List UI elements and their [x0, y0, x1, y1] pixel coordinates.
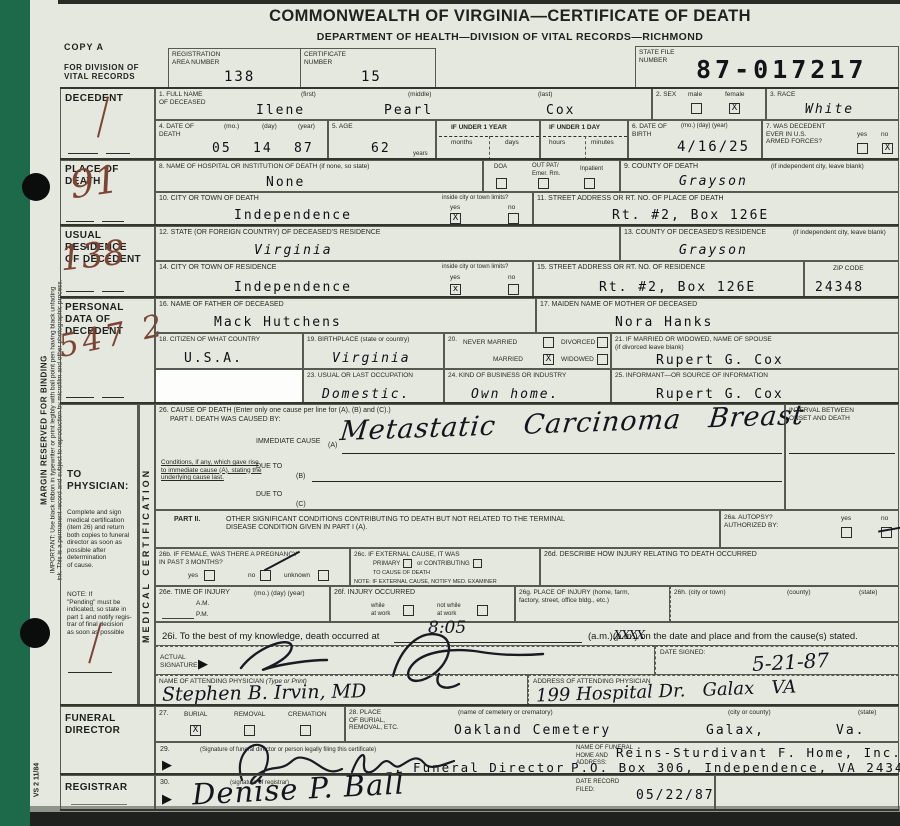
interval-label: INTERVAL BETWEEN ONSET AND DEATH: [789, 407, 854, 422]
field-hospital: 8. NAME OF HOSPITAL OR INSTITUTION OF DE…: [155, 160, 483, 192]
value-first-name: Ilene: [256, 103, 305, 118]
field-marital-status: 20. NEVER MARRIED DIVORCED MARRIED X WID…: [444, 333, 611, 369]
value-state-residence: Virginia: [254, 243, 333, 258]
certificate-number-value: 15: [361, 69, 382, 85]
value-race: White: [805, 102, 854, 117]
field-street-of-death: 11. STREET ADDRESS OR RT. NO. OF PLACE O…: [533, 192, 899, 226]
margin-binding-text: MARGIN RESERVED FOR BINDING: [40, 355, 49, 505]
under-1-year-label: IF UNDER 1 YEAR: [451, 124, 507, 131]
father-label: 16. NAME OF FATHER OF DECEASED: [159, 301, 284, 309]
cap-minutes: minutes: [591, 139, 614, 146]
street-of-death-label: 11. STREET ADDRESS OR RT. NO. OF PLACE O…: [537, 195, 724, 203]
street-residence-label: 15. STREET ADDRESS OR RT. NO. OF RESIDEN…: [537, 264, 705, 272]
field-hospital-status: DOA OUT PAT/ Emer. Rm. Inpatient: [483, 160, 620, 192]
physician-note-2: NOTE: If "Pending" must be indicated, so…: [67, 591, 133, 636]
checkbox-autopsy-yes: [841, 527, 852, 538]
value-burial-city: Galax,: [706, 723, 765, 738]
part1-label: PART I. DEATH WAS CAUSED BY:: [170, 416, 280, 424]
race-label: 3. RACE: [770, 91, 795, 99]
occupation-label: 23. USUAL OR LAST OCCUPATION: [307, 372, 413, 380]
part2-text: OTHER SIGNIFICANT CONDITIONS CONTRIBUTIN…: [226, 516, 565, 531]
checkbox-primary: [403, 559, 412, 568]
cap-widowed: WIDOWED: [561, 356, 594, 363]
cap-day: (day): [262, 123, 277, 130]
injury-city-label: 26h. (city or town): [674, 589, 726, 597]
division-label: FOR DIVISION OF VITAL RECORDS: [64, 63, 139, 81]
checkbox-cremation: [300, 725, 311, 736]
cap-preg-no: no: [248, 572, 255, 579]
field-informant: 25. INFORMANT—OR SOURCE OF INFORMATION R…: [611, 369, 899, 404]
place-of-burial-label: 28. PLACE OF BURIAL, REMOVAL, ETC.: [349, 709, 399, 732]
section-cell-to-physician: TO PHYSICIAN: Complete and sign medical …: [60, 404, 138, 706]
medical-certification-vertical-label: MEDICAL CERTIFICATION: [141, 405, 155, 705]
describe-injury-label: 26d. DESCRIBE HOW INJURY RELATING TO DEA…: [544, 551, 757, 559]
cap-injury-county: (county): [787, 589, 810, 596]
external-cause-note: NOTE: IF EXTERNAL CAUSE, NOTIFY MED. EXA…: [354, 579, 497, 585]
field-place-of-injury: 26g. PLACE OF INJURY (home, farm, factor…: [515, 586, 670, 622]
armed-forces-label: 7. WAS DECEDENT EVER IN U.S. ARMED FORCE…: [766, 123, 825, 146]
cap-female: female: [725, 91, 745, 98]
checkbox-armed-forces-no: X: [882, 143, 893, 154]
registrar-signature-arrow-icon: ▶: [162, 791, 172, 807]
cap-married: MARRIED: [493, 356, 523, 363]
checkbox-outpatient: [538, 178, 549, 189]
date-filed-label: DATE RECORD FILED:: [576, 779, 619, 794]
cap-preg-yes: yes: [188, 572, 198, 579]
checkbox-armed-forces-yes: [857, 143, 868, 154]
cap-last: (last): [538, 91, 552, 98]
cap-days: days: [505, 139, 519, 146]
time-of-injury-label: 26e. TIME OF INJURY: [159, 589, 230, 597]
cap-af-yes: yes: [857, 131, 867, 138]
handwritten-physician-name: Stephen B. Irvin, MD: [162, 680, 367, 706]
field-state-residence: 12. STATE (OR FOREIGN COUNTRY) OF DECEAS…: [155, 226, 620, 261]
field-date-of-death: 4. DATE OF DEATH (mo.) (day) (year) 05 1…: [155, 120, 328, 160]
cause-c-tag: (C): [296, 501, 306, 508]
section-cell-registrar: REGISTRAR: [60, 775, 155, 810]
zip-label: ZIP CODE: [833, 265, 864, 272]
external-cause-label: 26c. IF EXTERNAL CAUSE, IT WAS: [354, 551, 460, 559]
binding-strip: [0, 0, 30, 826]
marital-label: 20.: [448, 336, 457, 344]
statement-tail: on the date and place and from the cause…: [640, 631, 858, 642]
checkbox-male: [691, 103, 702, 114]
cap-burial: BURIAL: [184, 711, 207, 718]
value-death-month: 05: [212, 141, 232, 156]
informant-label: 25. INFORMANT—OR SOURCE OF INFORMATION: [615, 372, 768, 380]
value-age: 62: [371, 141, 391, 156]
form-number: VS 2 11/84: [34, 763, 41, 797]
injury-occurred-label: 26f. INJURY OCCURRED: [334, 589, 415, 597]
disposition-number: 27.: [159, 710, 169, 718]
field-time-of-injury: 26e. TIME OF INJURY (mo.) (day) (year) A…: [155, 586, 330, 622]
state-file-label: STATE FILE NUMBER: [639, 49, 675, 64]
value-business: Own home.: [471, 387, 559, 402]
cap-af-no: no: [881, 131, 888, 138]
field-zip: ZIP CODE 24348: [804, 261, 899, 298]
checkbox-removal: [244, 725, 255, 736]
certificate-number-label: CERTIFICATE NUMBER: [304, 51, 346, 66]
field-injury-occurred: 26f. INJURY OCCURRED while at work not w…: [330, 586, 515, 622]
checkbox-contributing: [473, 559, 482, 568]
cause-a-tag: (A): [328, 442, 337, 449]
county-of-death-label: 9. COUNTY OF DEATH: [624, 163, 698, 171]
checkbox-widowed: [597, 354, 608, 365]
cause-label: 26. CAUSE OF DEATH (Enter only one cause…: [159, 407, 391, 415]
field-date-of-birth: 6. DATE OF BIRTH (mo.) (day) (year) 4/16…: [628, 120, 762, 160]
field-street-residence: 15. STREET ADDRESS OR RT. NO. OF RESIDEN…: [533, 261, 804, 298]
section-cell-funeral-director: FUNERAL DIRECTOR: [60, 706, 155, 775]
cap-autopsy-no: no: [881, 515, 888, 522]
field-father: 16. NAME OF FATHER OF DECEASED Mack Hutc…: [155, 298, 536, 333]
field-autopsy: 26a. AUTOPSY? AUTHORIZED BY: yes no: [720, 510, 899, 548]
cap-months: months: [451, 139, 472, 146]
cap-autopsy-yes: yes: [841, 515, 851, 522]
field-under-1-year: IF UNDER 1 YEAR months days: [436, 120, 540, 160]
checkbox-res-limits-no: [508, 284, 519, 295]
statement-pm-struck: (p.m.)XXXX: [613, 631, 638, 642]
value-date-filed: 05/22/87: [636, 788, 715, 803]
value-last-name: Cox: [546, 103, 575, 118]
cap-res-limits-yes: yes: [450, 274, 460, 281]
cap-year: (year): [298, 123, 315, 130]
county-of-death-hint: (if independent city, leave blank): [771, 163, 864, 170]
actual-signature-label: ACTUAL SIGNATURE: [160, 654, 197, 669]
dob-label: 6. DATE OF BIRTH: [632, 123, 667, 138]
value-street-of-death: Rt. #2, Box 126E: [612, 208, 769, 223]
business-label: 24. KIND OF BUSINESS OR INDUSTRY: [448, 372, 566, 380]
cap-never-married: NEVER MARRIED: [463, 339, 517, 346]
dob-caps: (mo.) (day) (year): [681, 123, 728, 129]
cap-res-limits-no: no: [508, 274, 515, 281]
value-occupation: Domestic.: [322, 387, 410, 402]
cap-limits-no: no: [508, 204, 515, 211]
field-birthplace: 19. BIRTHPLACE (state or country) Virgin…: [303, 333, 444, 369]
value-death-year: 87: [294, 141, 314, 156]
conditions-note: Conditions, if any, which gave rise to i…: [161, 459, 301, 482]
cap-primary: PRIMARY: [373, 561, 400, 567]
checkbox-doa: [496, 178, 507, 189]
cap-outpat: OUT PAT/ Emer. Rm.: [532, 163, 560, 178]
sex-label: 2. SEX: [656, 91, 676, 99]
value-mother: Nora Hanks: [615, 315, 713, 330]
whiteout-patch: [155, 369, 303, 404]
field-occupation: 23. USUAL OR LAST OCCUPATION Domestic.: [303, 369, 444, 404]
cap-burial-state: (state): [858, 709, 876, 716]
cap-cemetery: (name of cemetery or crematory): [458, 709, 553, 716]
cap-to-cause: TO CAUSE OF DEATH: [373, 570, 430, 576]
limits-caption-death: inside city or town limits?: [442, 195, 508, 201]
cap-contributing: or CONTRIBUTING: [417, 561, 470, 567]
value-spouse: Rupert G. Cox: [656, 353, 784, 368]
limits-caption-res: inside city or town limits?: [442, 264, 508, 270]
checkbox-not-while-at-work: [477, 605, 488, 616]
county-residence-hint: (if independent city, leave blank): [793, 229, 886, 236]
spouse-label: 21. IF MARRIED OR WIDOWED, NAME OF SPOUS…: [615, 336, 772, 351]
state-file-value: 87-017217: [696, 55, 867, 84]
certificate-subtitle: DEPARTMENT OF HEALTH—DIVISION OF VITAL R…: [160, 31, 860, 43]
value-city-of-death: Independence: [234, 208, 352, 223]
field-race: 3. RACE White: [766, 88, 899, 120]
field-under-1-day: IF UNDER 1 DAY hours minutes: [540, 120, 628, 160]
punch-hole-top: [22, 173, 50, 201]
field-mother: 17. MAIDEN NAME OF MOTHER OF DECEASED No…: [536, 298, 899, 333]
state-residence-label: 12. STATE (OR FOREIGN COUNTRY) OF DECEAS…: [159, 229, 380, 237]
funeral-sig-number: 29.: [160, 746, 170, 754]
time-of-injury-caps: (mo.) (day) (year): [254, 590, 305, 597]
field-armed-forces: 7. WAS DECEDENT EVER IN U.S. ARMED FORCE…: [762, 120, 899, 160]
field-city-of-death: 10. CITY OR TOWN OF DEATH Independence i…: [155, 192, 533, 226]
punch-hole-bottom: [20, 618, 50, 648]
field-county-of-death: 9. COUNTY OF DEATH (if independent city,…: [620, 160, 899, 192]
cap-while-at-work: while at work: [371, 603, 390, 618]
scan-edge-bottom: [30, 812, 900, 826]
funeral-signature-arrow-icon: ▶: [162, 757, 172, 773]
part2-label: PART II.: [174, 516, 200, 524]
value-birthplace: Virginia: [332, 351, 411, 366]
checkbox-preg-unknown: [318, 570, 329, 581]
value-middle-name: Pearl: [384, 103, 433, 118]
checkbox-female: X: [729, 103, 740, 114]
checkbox-burial: X: [190, 725, 201, 736]
date-of-death-label: 4. DATE OF DEATH: [159, 123, 194, 138]
field-citizen: 18. CITIZEN OF WHAT COUNTRY U.S.A.: [155, 333, 303, 369]
physician-instructions: Complete and sign medical certification …: [67, 509, 133, 569]
field-registrar-empty: [715, 775, 899, 810]
section-label-decedent: DECEDENT: [65, 93, 123, 105]
cap-pm: P.M.: [196, 611, 209, 618]
cap-first: (first): [301, 91, 316, 98]
medical-certification-strip: MEDICAL CERTIFICATION: [138, 404, 155, 706]
age-unit: years: [413, 151, 428, 157]
checkbox-married: X: [543, 354, 554, 365]
signature-arrow-icon: ▶: [198, 656, 208, 672]
cap-male: male: [688, 91, 702, 98]
cap-removal: REMOVAL: [234, 711, 265, 718]
cap-burial-city: (city or county): [728, 709, 771, 716]
value-death-day: 14: [253, 141, 273, 156]
birthplace-label: 19. BIRTHPLACE (state or country): [307, 336, 409, 344]
mother-label: 17. MAIDEN NAME OF MOTHER OF DECEASED: [540, 301, 697, 309]
copy-label: COPY A: [64, 42, 104, 52]
value-funeral-home: Reins-Sturdivant F. Home, Inc.: [616, 745, 900, 760]
field-city-residence: 14. CITY OR TOWN OF RESIDENCE Independen…: [155, 261, 533, 298]
cap-injury-state: (state): [859, 589, 877, 596]
value-county-residence: Grayson: [679, 243, 748, 258]
value-zip: 24348: [815, 280, 864, 295]
checkbox-while-at-work: [403, 605, 414, 616]
field-age: 5. AGE 62 years: [328, 120, 436, 160]
checkbox-limits-yes: X: [450, 213, 461, 224]
death-certificate-scan: MARGIN RESERVED FOR BINDING IMPORTANT: U…: [0, 0, 900, 826]
scan-edge-top: [58, 0, 900, 4]
age-label: 5. AGE: [332, 123, 353, 131]
due-to-c-label: DUE TO: [256, 491, 282, 498]
value-city-residence: Independence: [234, 280, 352, 295]
checkbox-res-limits-yes: x: [450, 284, 461, 295]
registration-area-value: 138: [224, 69, 255, 85]
cap-mo: (mo.): [224, 123, 239, 130]
registration-area-label: REGISTRATION AREA NUMBER: [172, 51, 220, 66]
field-business: 24. KIND OF BUSINESS OR INDUSTRY Own hom…: [444, 369, 611, 404]
full-name-label: 1. FULL NAME OF DECEASED: [159, 91, 206, 106]
checkbox-inpatient: [584, 178, 595, 189]
cap-preg-unknown: unknown: [284, 572, 310, 579]
field-pregnancy: 26b. IF FEMALE, WAS THERE A PREGNANCY IN…: [155, 548, 350, 586]
value-father: Mack Hutchens: [214, 315, 342, 330]
field-spouse: 21. IF MARRIED OR WIDOWED, NAME OF SPOUS…: [611, 333, 899, 369]
section-label-funeral: FUNERAL DIRECTOR: [65, 713, 120, 737]
value-informant: Rupert G. Cox: [656, 387, 784, 402]
margin-note-residence: 138: [58, 233, 127, 280]
value-street-residence: Rt. #2, Box 126E: [599, 280, 756, 295]
field-injury-location: 26h. (city or town) (county) (state): [670, 586, 899, 622]
value-citizen: U.S.A.: [184, 351, 243, 366]
certificate-number-box: CERTIFICATE NUMBER 15: [300, 48, 436, 88]
citizen-label: 18. CITIZEN OF WHAT COUNTRY: [159, 336, 260, 344]
section-label-registrar: REGISTRAR: [65, 782, 128, 794]
registrar-sig-number: 30.: [160, 779, 170, 787]
checkbox-divorced: [597, 337, 608, 348]
date-signed-label: DATE SIGNED:: [660, 649, 705, 657]
field-part2: PART II. OTHER SIGNIFICANT CONDITIONS CO…: [155, 510, 720, 548]
statement-ampm: (a.m.): [588, 631, 613, 642]
checkbox-never-married: [543, 337, 554, 348]
value-hospital: None: [266, 175, 305, 190]
value-burial-state: Va.: [836, 723, 865, 738]
cap-not-while-at-work: not while at work: [437, 603, 461, 618]
cap-middle: (middle): [408, 91, 431, 98]
city-of-death-label: 10. CITY OR TOWN OF DEATH: [159, 195, 259, 203]
autopsy-label: 26a. AUTOPSY? AUTHORIZED BY:: [724, 514, 778, 529]
handwritten-date-signed: 5-21-87: [751, 648, 829, 676]
registration-area-box: REGISTRATION AREA NUMBER 138: [168, 48, 301, 88]
margin-note-place: 91: [67, 157, 121, 207]
cap-divorced: DIVORCED: [561, 339, 595, 346]
cap-cremation: CREMATION: [288, 711, 327, 718]
field-full-name: 1. FULL NAME OF DECEASED (first) (middle…: [155, 88, 652, 120]
handwritten-pm-strikeout: XXXX: [614, 628, 644, 642]
cap-am: A.M.: [196, 600, 209, 607]
county-residence-label: 13. COUNTY OF DECEASED'S RESIDENCE: [624, 229, 766, 237]
cap-limits-yes: yes: [450, 204, 460, 211]
value-county-of-death: Grayson: [679, 174, 748, 189]
value-dob: 4/16/25: [677, 139, 750, 155]
field-sex: 2. SEX male female X: [652, 88, 766, 120]
state-file-box: STATE FILE NUMBER 87-017217: [635, 46, 899, 88]
field-interval: INTERVAL BETWEEN ONSET AND DEATH: [785, 404, 899, 510]
cap-doa: DOA: [494, 164, 507, 170]
checkbox-limits-no: [508, 213, 519, 224]
city-residence-label: 14. CITY OR TOWN OF RESIDENCE: [159, 264, 276, 272]
certificate-title: COMMONWEALTH OF VIRGINIA—CERTIFICATE OF …: [160, 7, 860, 26]
cap-inpatient: Inpatient: [580, 166, 603, 172]
checkbox-preg-yes: [204, 570, 215, 581]
cap-hours: hours: [549, 139, 565, 146]
section-label-to-physician: TO PHYSICIAN:: [67, 469, 129, 493]
checkbox-preg-no: [260, 570, 271, 581]
field-county-residence: 13. COUNTY OF DECEASED'S RESIDENCE (if i…: [620, 226, 899, 261]
hospital-label: 8. NAME OF HOSPITAL OR INSTITUTION OF DE…: [159, 163, 369, 171]
field-describe-injury: 26d. DESCRIBE HOW INJURY RELATING TO DEA…: [540, 548, 899, 586]
field-external-cause: 26c. IF EXTERNAL CAUSE, IT WAS PRIMARY o…: [350, 548, 540, 586]
place-of-injury-label: 26g. PLACE OF INJURY (home, farm, factor…: [519, 589, 629, 604]
immediate-cause-label: IMMEDIATE CAUSE: [256, 438, 320, 445]
under-1-day-label: IF UNDER 1 DAY: [549, 124, 600, 131]
